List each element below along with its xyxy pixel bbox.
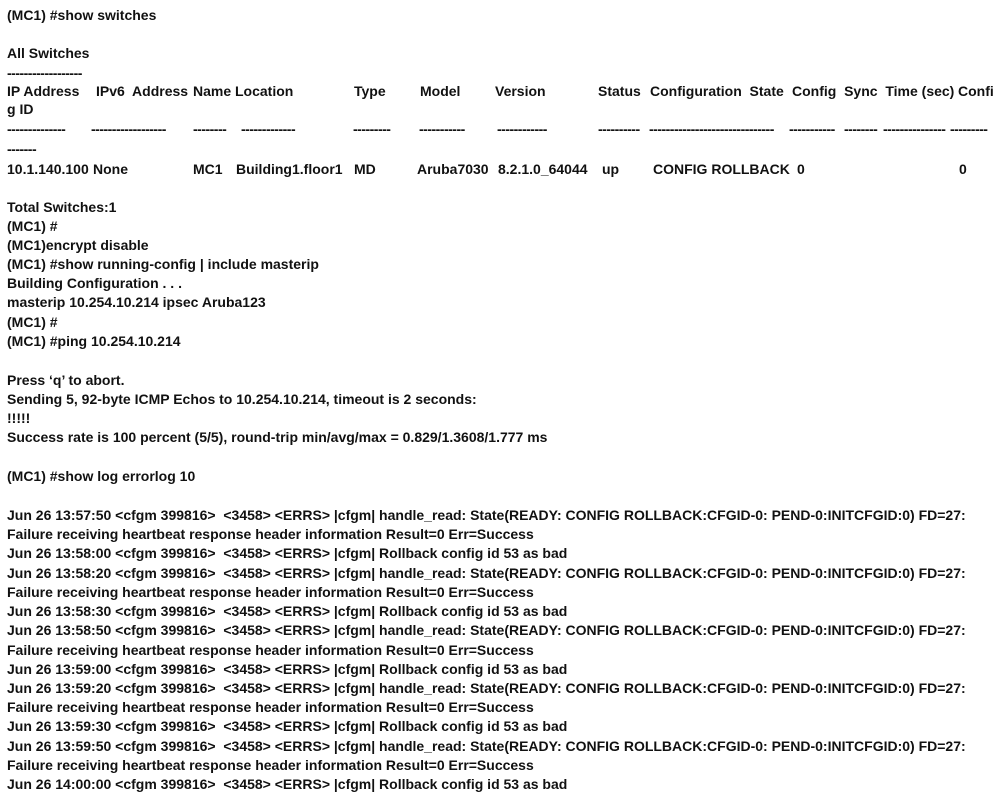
log-line: Failure receiving heartbeat response hea… <box>7 756 534 775</box>
col-header-ipv6-address: IPv6 Address <box>96 82 188 100</box>
cell-config-sync-time: 0 <box>797 160 805 178</box>
rule-model: ----------- <box>419 120 465 138</box>
cell-ipv6: None <box>93 160 128 178</box>
log-line: Failure receiving heartbeat response hea… <box>7 641 534 660</box>
line-ping-command: (MC1) #ping 10.254.10.214 <box>7 332 181 351</box>
col-header-name: Name <box>193 82 231 100</box>
rule-type: --------- <box>353 120 390 138</box>
log-line: Jun 26 13:58:30 <cfgm 399816> <3458> <ER… <box>7 602 567 621</box>
line-encrypt-disable: (MC1)encrypt disable <box>7 236 149 255</box>
rule-ip: -------------- <box>7 120 65 138</box>
line-building-config: Building Configuration . . . <box>7 274 182 293</box>
log-line: Jun 26 14:00:00 <cfgm 399816> <3458> <ER… <box>7 775 567 794</box>
col-header-configuration-state: Configuration State <box>650 82 784 100</box>
cell-location: Building1.floor1 <box>236 160 343 178</box>
rule-ipv6: ------------------ <box>91 120 166 138</box>
line-prompt-2: (MC1) # <box>7 313 58 332</box>
log-line: Jun 26 13:58:20 <cfgm 399816> <3458> <ER… <box>7 564 966 583</box>
rule-configuration-state: ------------------------------ <box>649 120 774 138</box>
cell-model: Aruba7030 <box>417 160 489 178</box>
rule-time: --------------- <box>883 120 945 138</box>
section-rule: ------------------ <box>7 64 82 82</box>
col-header-location: Location <box>235 82 293 100</box>
command-show-switches: (MC1) #show switches <box>7 6 156 24</box>
col-header-version: Version <box>495 82 546 100</box>
log-line: Jun 26 13:59:20 <cfgm 399816> <3458> <ER… <box>7 679 966 698</box>
cell-ip: 10.1.140.100 <box>7 160 89 178</box>
cell-type: MD <box>354 160 376 178</box>
col-header-ip-address: IP Address <box>7 82 79 100</box>
rule-sync: -------- <box>844 120 877 138</box>
line-prompt: (MC1) # <box>7 217 58 236</box>
cell-version: 8.2.1.0_64044 <box>498 160 588 178</box>
log-line: Jun 26 13:59:00 <cfgm 399816> <3458> <ER… <box>7 660 567 679</box>
col-header-config-sync-time: Config Sync Time (sec) <box>792 82 954 100</box>
rule-status: ---------- <box>598 120 640 138</box>
log-line: Jun 26 13:59:30 <cfgm 399816> <3458> <ER… <box>7 717 567 736</box>
col-header-type: Type <box>354 82 386 100</box>
line-sending: Sending 5, 92-byte ICMP Echos to 10.254.… <box>7 390 477 409</box>
line-show-running-config: (MC1) #show running-config | include mas… <box>7 255 319 274</box>
col-header-config-id: Confi <box>958 82 994 100</box>
rule-location: ------------- <box>241 120 295 138</box>
cell-config-id: 0 <box>959 160 967 178</box>
rule-version: ------------ <box>497 120 547 138</box>
cell-name: MC1 <box>193 160 223 178</box>
log-line: Jun 26 13:59:50 <cfgm 399816> <3458> <ER… <box>7 737 966 756</box>
log-line: Failure receiving heartbeat response hea… <box>7 583 534 602</box>
rule-config-id: --------- <box>950 120 987 138</box>
log-line: Jun 26 13:58:00 <cfgm 399816> <3458> <ER… <box>7 544 567 563</box>
col-header-config-id-wrap: g ID <box>7 100 33 118</box>
log-line: Jun 26 13:57:50 <cfgm 399816> <3458> <ER… <box>7 506 966 525</box>
rule-config: ----------- <box>789 120 835 138</box>
log-line: Jun 26 13:58:50 <cfgm 399816> <3458> <ER… <box>7 621 966 640</box>
line-total-switches: Total Switches:1 <box>7 198 116 217</box>
command-show-errorlog: (MC1) #show log errorlog 10 <box>7 467 195 486</box>
line-ping-marks: !!!!! <box>7 409 30 428</box>
cell-status: up <box>602 160 619 178</box>
section-title: All Switches <box>7 44 89 62</box>
log-line: Failure receiving heartbeat response hea… <box>7 698 534 717</box>
line-press-q: Press ‘q’ to abort. <box>7 371 124 390</box>
col-header-status: Status <box>598 82 641 100</box>
log-line: Failure receiving heartbeat response hea… <box>7 525 534 544</box>
line-masterip: masterip 10.254.10.214 ipsec Aruba123 <box>7 293 266 312</box>
line-success-rate: Success rate is 100 percent (5/5), round… <box>7 428 547 447</box>
col-header-model: Model <box>420 82 460 100</box>
cell-config-state: CONFIG ROLLBACK <box>653 160 790 178</box>
rule-wrap: ------- <box>7 140 36 158</box>
rule-name: -------- <box>193 120 226 138</box>
